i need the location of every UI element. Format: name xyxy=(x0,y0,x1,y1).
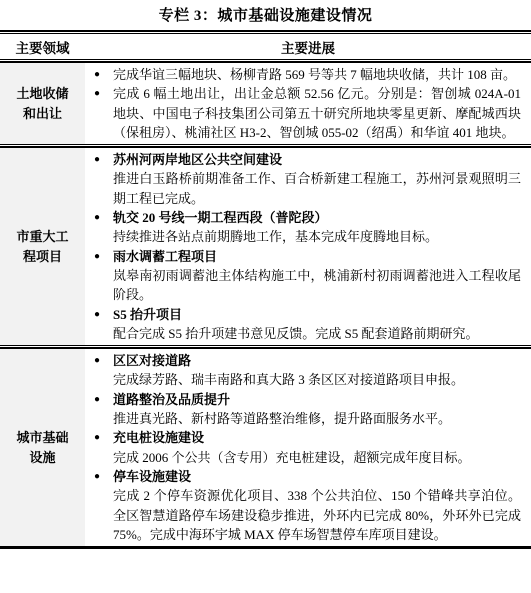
bullet-icon: ● xyxy=(94,305,100,324)
item-body: 配合完成 S5 抬升项建书意见反馈。完成 S5 配套道路前期研究。 xyxy=(113,324,521,343)
list-item: ● 区区对接道路 完成绿芳路、瑞丰南路和真大路 3 条区区对接道路项目申报。 xyxy=(85,351,521,390)
item-heading: 道路整治及品质提升 xyxy=(113,390,521,409)
item-heading: 充电桩设施建设 xyxy=(113,428,521,447)
column-header-progress: 主要进展 xyxy=(85,37,531,57)
row-label-major-projects: 市重大工 程项目 xyxy=(0,148,85,345)
item-heading: 苏州河两岸地区公共空间建设 xyxy=(113,150,521,169)
item-heading: 停车设施建设 xyxy=(113,467,521,486)
item-body: 持续推进各站点前期腾地工作，基本完成年度腾地目标。 xyxy=(113,227,521,246)
list-item: ● 停车设施建设 完成 2 个停车资源优化项目、338 个公共泊位、150 个错… xyxy=(85,467,521,544)
bullet-icon: ● xyxy=(94,208,100,227)
table-bottom-rule xyxy=(0,546,531,549)
item-body: 完成 2 个停车资源优化项目、338 个公共泊位、150 个错峰共享泊位。全区智… xyxy=(113,486,521,544)
bullet-icon: ● xyxy=(94,150,100,169)
page-title: 专栏 3：城市基础设施建设情况 xyxy=(0,0,531,30)
item-body: 完成绿芳路、瑞丰南路和真大路 3 条区区对接道路项目申报。 xyxy=(113,370,521,389)
list-item: ● 充电桩设施建设 完成 2006 个公共（含专用）充电桩建设，超额完成年度目标… xyxy=(85,428,521,467)
bullet-icon: ● xyxy=(94,65,100,84)
item-heading: S5 抬升项目 xyxy=(113,305,521,324)
item-body: 完成 2006 个公共（含专用）充电桩建设，超额完成年度目标。 xyxy=(113,448,521,467)
row-content: ● 区区对接道路 完成绿芳路、瑞丰南路和真大路 3 条区区对接道路项目申报。 ●… xyxy=(85,349,531,546)
item-heading: 区区对接道路 xyxy=(113,351,521,370)
list-item: ● 轨交 20 号线一期工程西段（普陀段） 持续推进各站点前期腾地工作，基本完成… xyxy=(85,208,521,247)
item-heading: 雨水调蓄工程项目 xyxy=(113,247,521,266)
list-item: ● 苏州河两岸地区公共空间建设 推进白玉路桥前期准备工作、百合桥新建工程施工，苏… xyxy=(85,150,521,208)
item-body: 完成 6 幅土地出让，出让金总额 52.56 亿元。分别是：智创城 024A-0… xyxy=(113,84,521,142)
item-body: 推进真光路、新村路等道路整治维修，提升路面服务水平。 xyxy=(113,409,521,428)
list-item: ● 雨水调蓄工程项目 岚皋南初雨调蓄池主体结构施工中，桃浦新村初雨调蓄池进入工程… xyxy=(85,247,521,305)
bullet-icon: ● xyxy=(94,351,100,370)
document-page: 专栏 3：城市基础设施建设情况 主要领域 主要进展 土地收储 和出让 ● 完成华… xyxy=(0,0,531,549)
bullet-icon: ● xyxy=(94,467,100,486)
table-header-row: 主要领域 主要进展 xyxy=(0,34,531,59)
item-heading: 轨交 20 号线一期工程西段（普陀段） xyxy=(113,208,521,227)
item-body: 完成华谊三幅地块、杨柳青路 569 号等共 7 幅地块收储，共计 108 亩。 xyxy=(113,65,521,84)
list-item: ● 完成华谊三幅地块、杨柳青路 569 号等共 7 幅地块收储，共计 108 亩… xyxy=(85,65,521,84)
row-label-urban-infrastructure: 城市基础 设施 xyxy=(0,349,85,546)
table-row: 土地收储 和出让 ● 完成华谊三幅地块、杨柳青路 569 号等共 7 幅地块收储… xyxy=(0,63,531,144)
table-row: 市重大工 程项目 ● 苏州河两岸地区公共空间建设 推进白玉路桥前期准备工作、百合… xyxy=(0,148,531,345)
item-body: 岚皋南初雨调蓄池主体结构施工中，桃浦新村初雨调蓄池进入工程收尾阶段。 xyxy=(113,266,521,305)
list-item: ● 道路整治及品质提升 推进真光路、新村路等道路整治维修，提升路面服务水平。 xyxy=(85,390,521,429)
list-item: ● 完成 6 幅土地出让，出让金总额 52.56 亿元。分别是：智创城 024A… xyxy=(85,84,521,142)
row-content: ● 完成华谊三幅地块、杨柳青路 569 号等共 7 幅地块收储，共计 108 亩… xyxy=(85,63,531,144)
column-header-area: 主要领域 xyxy=(0,37,85,57)
list-item: ● S5 抬升项目 配合完成 S5 抬升项建书意见反馈。完成 S5 配套道路前期… xyxy=(85,305,521,344)
bullet-icon: ● xyxy=(94,428,100,447)
row-content: ● 苏州河两岸地区公共空间建设 推进白玉路桥前期准备工作、百合桥新建工程施工，苏… xyxy=(85,148,531,345)
bullet-icon: ● xyxy=(94,84,100,103)
bullet-icon: ● xyxy=(94,390,100,409)
item-body: 推进白玉路桥前期准备工作、百合桥新建工程施工，苏州河景观照明三期工程已完成。 xyxy=(113,169,521,208)
table-row: 城市基础 设施 ● 区区对接道路 完成绿芳路、瑞丰南路和真大路 3 条区区对接道… xyxy=(0,349,531,546)
row-label-land: 土地收储 和出让 xyxy=(0,63,85,144)
bullet-icon: ● xyxy=(94,247,100,266)
